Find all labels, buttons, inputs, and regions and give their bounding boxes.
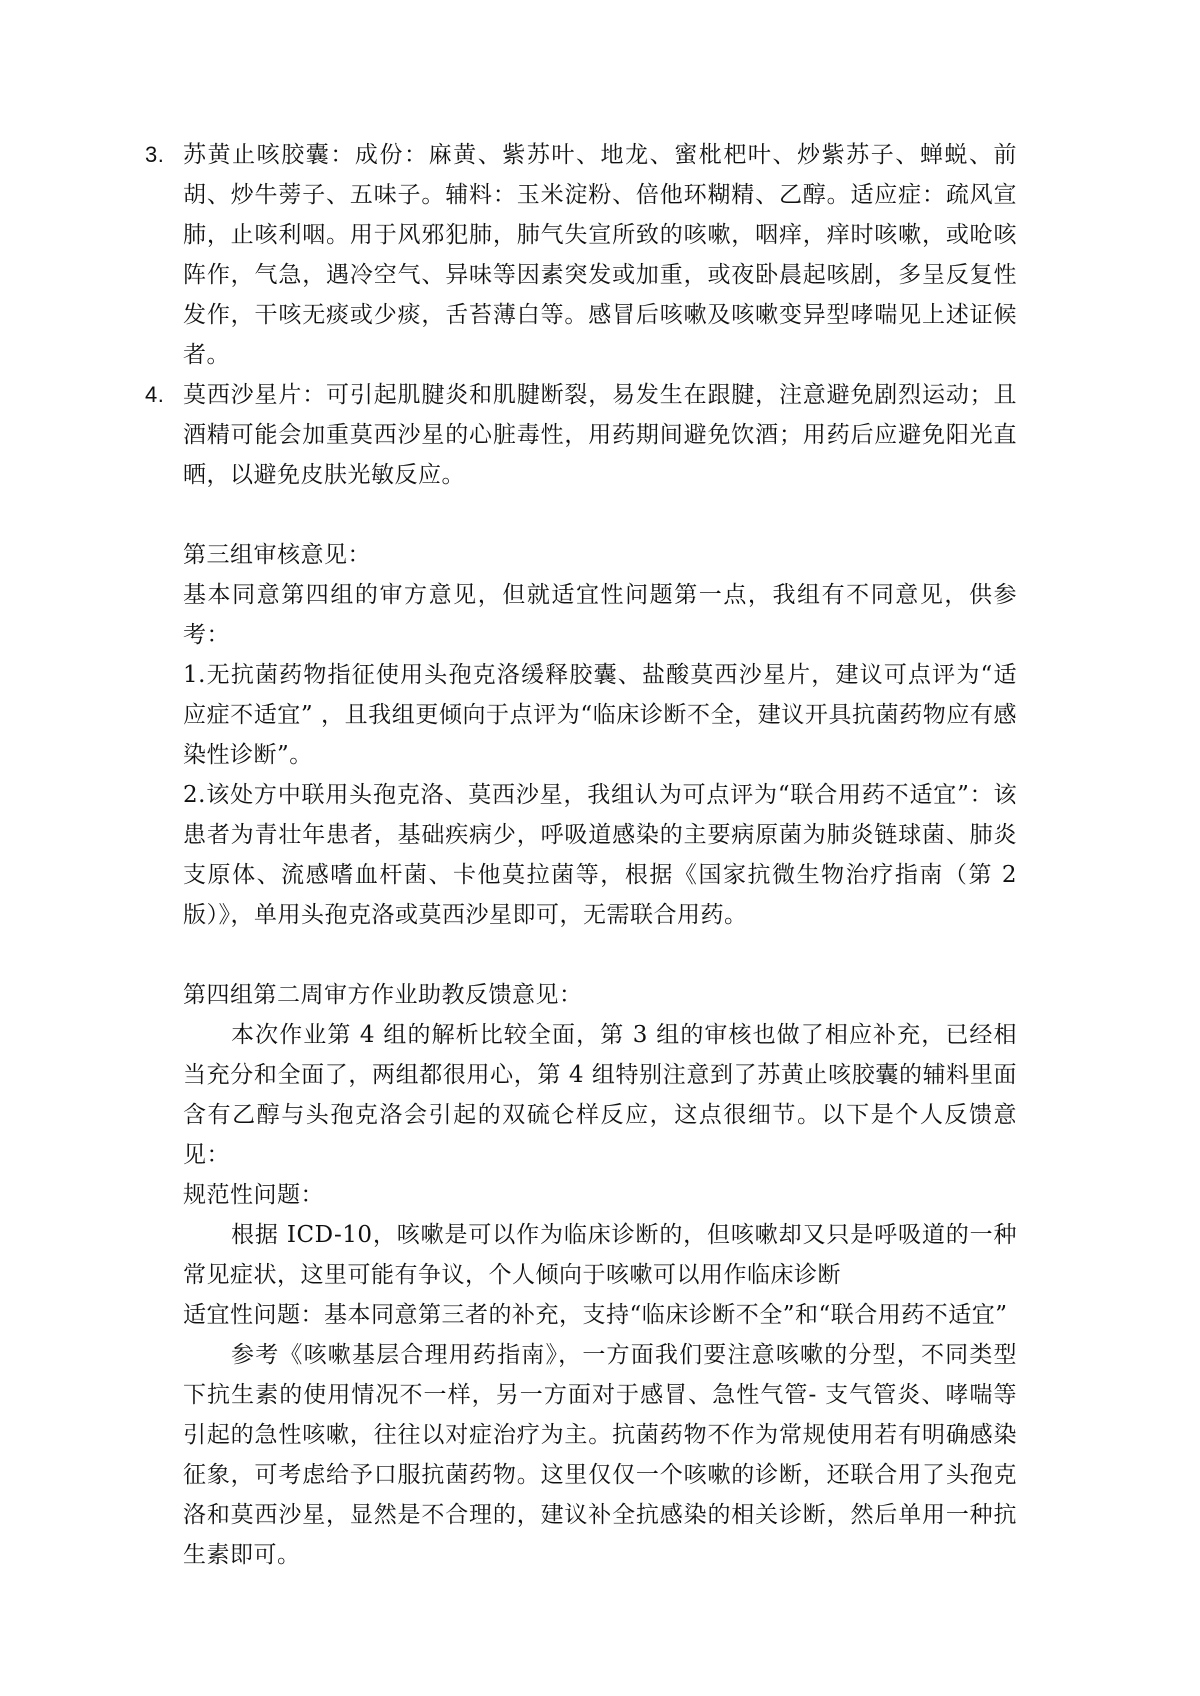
section-heading: 第四组第二周审方作业助教反馈意见：	[183, 975, 1017, 1015]
list-item-3: 3. 苏黄止咳胶囊：成份：麻黄、紫苏叶、地龙、蜜枇杷叶、炒紫苏子、蝉蜕、前胡、炒…	[183, 135, 1017, 375]
list-item-4: 4. 莫西沙星片：可引起肌腱炎和肌腱断裂，易发生在跟腱，注意避免剧烈运动；且酒精…	[183, 375, 1017, 495]
paragraph: 参考《咳嗽基层合理用药指南》，一方面我们要注意咳嗽的分型，不同类型下抗生素的使用…	[183, 1335, 1017, 1575]
section-heading: 第三组审核意见：	[183, 535, 1017, 575]
subheading: 规范性问题：	[183, 1175, 1017, 1215]
numbered-list: 3. 苏黄止咳胶囊：成份：麻黄、紫苏叶、地龙、蜜枇杷叶、炒紫苏子、蝉蜕、前胡、炒…	[183, 135, 1017, 495]
list-item-text: 莫西沙星片：可引起肌腱炎和肌腱断裂，易发生在跟腱，注意避免剧烈运动；且酒精可能会…	[183, 382, 1017, 488]
spacer	[183, 495, 1017, 535]
group3-review-section: 第三组审核意见： 基本同意第四组的审方意见，但就适宜性问题第一点，我组有不同意见…	[183, 535, 1017, 935]
paragraph: 2.该处方中联用头孢克洛、莫西沙星，我组认为可点评为“联合用药不适宜”：该患者为…	[183, 775, 1017, 935]
paragraph: 1.无抗菌药物指征使用头孢克洛缓释胶囊、盐酸莫西沙星片，建议可点评为“适应症不适…	[183, 655, 1017, 775]
document-page: 3. 苏黄止咳胶囊：成份：麻黄、紫苏叶、地龙、蜜枇杷叶、炒紫苏子、蝉蜕、前胡、炒…	[183, 135, 1017, 1575]
paragraph: 本次作业第 4 组的解析比较全面，第 3 组的审核也做了相应补充，已经相当充分和…	[183, 1015, 1017, 1175]
ta-feedback-section: 第四组第二周审方作业助教反馈意见： 本次作业第 4 组的解析比较全面，第 3 组…	[183, 975, 1017, 1575]
list-item-text: 苏黄止咳胶囊：成份：麻黄、紫苏叶、地龙、蜜枇杷叶、炒紫苏子、蝉蜕、前胡、炒牛蒡子…	[183, 142, 1017, 368]
paragraph: 根据 ICD-10，咳嗽是可以作为临床诊断的，但咳嗽却又只是呼吸道的一种常见症状…	[183, 1215, 1017, 1295]
list-number: 4.	[145, 375, 164, 415]
paragraph: 基本同意第四组的审方意见，但就适宜性问题第一点，我组有不同意见，供参考：	[183, 575, 1017, 655]
list-number: 3.	[145, 135, 164, 175]
spacer	[183, 935, 1017, 975]
paragraph: 适宜性问题：基本同意第三者的补充，支持“临床诊断不全”和“联合用药不适宜”	[183, 1295, 1017, 1335]
